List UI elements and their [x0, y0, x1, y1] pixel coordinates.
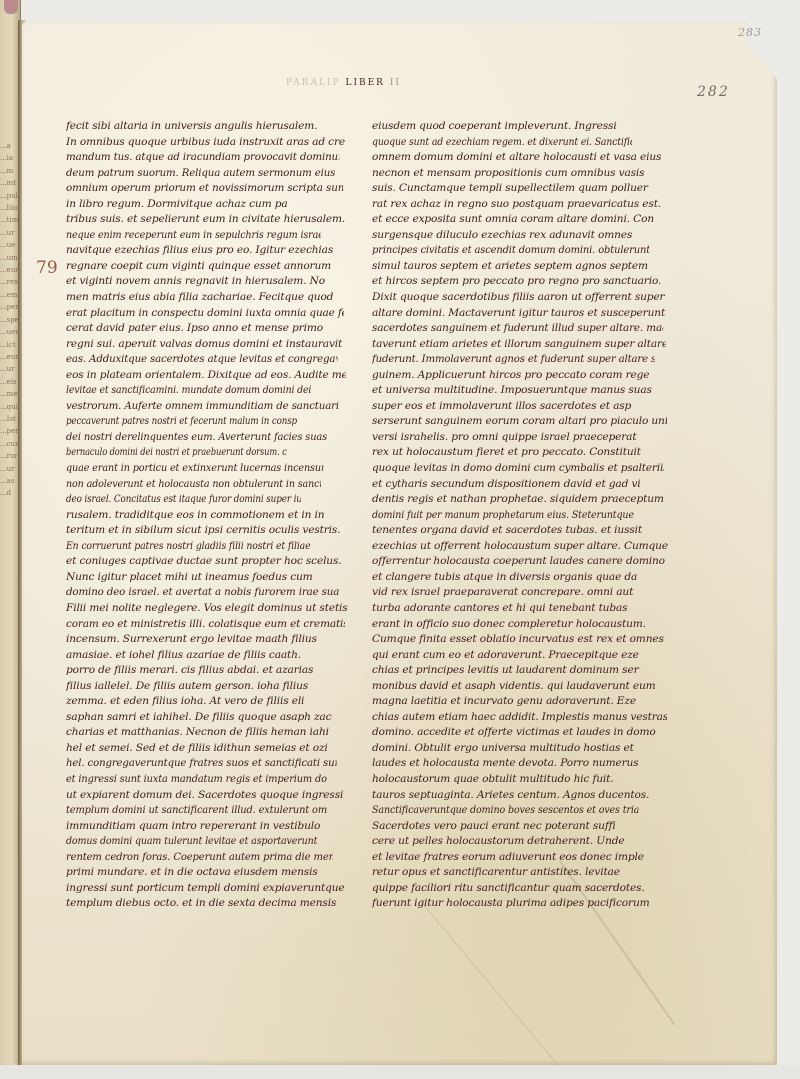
facing-page-fragment: ...ur [0, 463, 18, 475]
text-line: guinem. Applicuerunt hircos pro peccato … [372, 368, 668, 384]
text-line: magna laetitia et incurvato genu adorave… [372, 694, 668, 710]
facing-page-fragment: ...els [0, 376, 18, 388]
text-line: rentem cedron foras. Coeperunt autem pri… [66, 850, 333, 866]
facing-page-fragment: ...as [0, 475, 18, 487]
text-line: super eos et immolaverunt illos sacerdot… [372, 399, 668, 415]
text-line: laudes et holocausta mente devota. Porro… [372, 756, 668, 772]
text-line: vestrorum. Auferte omnem immunditiam de … [66, 399, 338, 415]
facing-page-fragment: ...cur [0, 438, 18, 450]
text-line: mandum tus. atque ad iracundiam provocav… [66, 150, 339, 166]
text-line: Filii mei nolite neglegere. Vos elegit d… [66, 601, 348, 617]
text-line: erant in officio suo donec compleretur h… [372, 617, 668, 633]
text-line: qui erant cum eo et adoraverunt. Praecep… [372, 648, 668, 664]
running-head-title: LIBER [345, 78, 385, 88]
text-line: surgensque diluculo ezechias rex adunavi… [372, 228, 668, 244]
text-line: et universa multitudine. Imposueruntque … [372, 383, 668, 399]
text-line: eos in plateam orientalem. Dixitque ad e… [66, 368, 346, 384]
text-line: versi israhelis. pro omni quippe israel … [372, 430, 668, 446]
text-column-right: eiusdem quod coeperant impleverunt. Ingr… [372, 119, 668, 912]
text-line: serserunt sanguinem eorum coram altari p… [372, 414, 667, 430]
facing-page-fragment: ...ict [0, 339, 18, 351]
text-line: zemma. et eden filius ioha. At vero de f… [66, 694, 348, 710]
text-line: saphan samri et iahihel. De filiis quoqu… [66, 710, 348, 726]
text-line: bernaculo domini dei nostri et praebueru… [66, 445, 287, 461]
text-line: immunditiam quam intro repererant in ves… [66, 819, 348, 835]
text-line: neque enim receperunt eum in sepulchris … [66, 228, 321, 244]
text-line: tribus suis. et sepelierunt eum in civit… [66, 212, 348, 228]
facing-page-fragment: ...m [0, 165, 18, 177]
text-line: amasiae. et iohel filius azariae de fili… [66, 648, 348, 664]
facing-page-fragment: ...mt [0, 177, 18, 189]
text-line: dentis regis et nathan prophetae. siquid… [372, 492, 668, 508]
facing-page-fragment: ...d [0, 487, 18, 499]
text-line: In omnibus quoque urbibus iuda instruxit… [66, 135, 348, 151]
text-line: et ecce exposita sunt omnia coram altare… [372, 212, 668, 228]
text-line: et ingressi sunt iuxta mandatum regis et… [66, 772, 327, 788]
text-line: et coniuges captivae ductae sunt propter… [66, 554, 348, 570]
text-line: regnare coepit cum viginti quinque esset… [66, 259, 348, 275]
text-line: sacerdotes sanguinem et fuderunt illud s… [372, 321, 663, 337]
text-line: domus domini quam tulerunt levitae et as… [66, 834, 318, 850]
facing-page-fragment: ...ur [0, 363, 18, 375]
facing-page-fragment: ...qui [0, 401, 18, 413]
text-line: hel. congregaveruntque fratres suos et s… [66, 756, 336, 772]
text-line: offerrentur holocausta coeperunt laudes … [372, 554, 668, 570]
text-line: rex ut holocaustum fieret et pro peccato… [372, 445, 668, 461]
text-line: Sanctificaveruntque domino boves sescent… [372, 803, 638, 819]
text-line: primi mundare. et in die octava eiusdem … [66, 865, 348, 881]
text-line: rat rex achaz in regno suo postquam prae… [372, 197, 668, 213]
text-line: monibus david et asaph videntis. qui lau… [372, 679, 668, 695]
text-line: ezechias ut offerrent holocaustum super … [372, 539, 668, 555]
text-line: eiusdem quod coeperant impleverunt. Ingr… [372, 119, 668, 135]
text-line: et clangere tubis atque in diversis orga… [372, 570, 668, 586]
text-line: men matris eius abia filia zachariae. Fe… [66, 290, 348, 306]
binding-corner [4, 0, 18, 14]
text-line: porro de filiis merari. cis filius abdai… [66, 663, 348, 679]
facing-page-fragment: ...ia [0, 152, 18, 164]
text-line: coram eo et ministretis illi. colatisque… [66, 617, 345, 633]
text-line: principes civitatis et ascendit domum do… [372, 243, 649, 259]
background-strip [0, 1065, 800, 1079]
text-line: suis. Cunctamque templi supellectilem qu… [372, 181, 668, 197]
facing-page-fragment: ...pulc [0, 190, 18, 202]
text-line: deum patrum suorum. Reliqua autem sermon… [66, 166, 337, 182]
text-line: non adoleverunt et holocausta non obtule… [66, 477, 321, 493]
text-line: vid rex israel praeparaverat concrepare.… [372, 585, 668, 601]
text-line: fuerunt igitur holocausta plurima adipes… [372, 896, 668, 912]
text-line: filius iallelel. De filiis autem gerson.… [66, 679, 348, 695]
text-line: peccaverunt patres nostri et fecerunt ma… [66, 414, 297, 430]
text-line: chias autem etiam haec addidit. Implesti… [372, 710, 667, 726]
text-line: quoque sunt ad ezechiam regem. et dixeru… [372, 135, 632, 151]
text-line: En corruerunt patres nostri gladiis fili… [66, 539, 314, 555]
text-line: quae erant in porticu et extinxerunt luc… [66, 461, 323, 477]
text-line: simul tauros septem et arietes septem ag… [372, 259, 668, 275]
text-line: omnem domum domini et altare holocausti … [372, 150, 668, 166]
facing-page-fragment: ...mera [0, 388, 18, 400]
text-line: regni sui. aperuit valvas domus domini e… [66, 337, 348, 353]
text-line: domini fuit per manum prophetarum eius. … [372, 508, 637, 524]
facing-page-fragment: ...emen [0, 289, 18, 301]
text-line: templum diebus octo. et in die sexta dec… [66, 896, 348, 912]
facing-page-fragment: ...ur [0, 227, 18, 239]
text-line: eas. Adduxitque sacerdotes atque levitas… [66, 352, 337, 368]
text-line: holocaustorum quae obtulit multitudo hic… [372, 772, 668, 788]
text-line: cere ut pelles holocaustorum detraherent… [372, 834, 668, 850]
text-line: et hircos septem pro peccato pro regno p… [372, 274, 668, 290]
text-line: tenentes organa david et sacerdotes tuba… [372, 523, 668, 539]
facing-page-fragment: ...sper [0, 314, 18, 326]
facing-page-fragment: ...um [0, 252, 18, 264]
text-line: et viginti novem annis regnavit in hieru… [66, 274, 348, 290]
text-line: altare domini. Mactaverunt igitur tauros… [372, 306, 668, 322]
text-line: domino. accedite et offerte victimas et … [372, 725, 668, 741]
facing-page-fragment: ...tim [0, 214, 18, 226]
facing-page-fragment: ...rex [0, 276, 18, 288]
facing-page-fragment: ...uerp [0, 326, 18, 338]
text-line: erat placitum in conspectu domini iuxta … [66, 306, 344, 322]
text-line: Sacerdotes vero pauci erant nec poterant… [372, 819, 668, 835]
text-line: tauros septuaginta. Arietes centum. Agno… [372, 788, 668, 804]
facing-page-fragment: ...eur [0, 264, 18, 276]
text-line: levitae et sanctificamini. mundate domum… [66, 383, 315, 399]
facing-page-fragment: ...Ist [0, 413, 18, 425]
running-head: PARALIP LIBER II [286, 78, 401, 88]
text-line: Cumque finita esset oblatio incurvatus e… [372, 632, 668, 648]
facing-page-fragment: ...ue [0, 239, 18, 251]
text-line: templum domini ut sanctificarent illud. … [66, 803, 328, 819]
pencil-folio-number: 283 [738, 26, 762, 39]
text-line: deo israel. Concitatus est itaque furor … [66, 492, 301, 508]
text-line: quippe faciliori ritu sanctificantur qua… [372, 881, 668, 897]
text-line: hel et semei. Sed et de filiis idithun s… [66, 741, 348, 757]
running-head-faded-prefix: PARALIP [286, 78, 341, 88]
text-line: et cytharis secundum dispositionem david… [372, 477, 668, 493]
running-head-numeral: II [390, 78, 401, 88]
text-line: navitque ezechias filius eius pro eo. Ig… [66, 243, 348, 259]
text-line: fecit sibi altaria in universis angulis … [66, 119, 348, 135]
text-line: Nunc igitur placet mihi ut ineamus foedu… [66, 570, 348, 586]
text-line: Dixit quoque sacerdotibus filiis aaron u… [372, 290, 668, 306]
text-line: incensum. Surrexerunt ergo levitae maath… [66, 632, 348, 648]
marginal-chapter-number: 79 [36, 258, 58, 278]
text-line: et levitae fratres eorum adiuverunt eos … [372, 850, 668, 866]
text-line: in libro regum. Dormivitque achaz cum pa [66, 197, 348, 213]
text-line: domino deo israel. et avertat a nobis fu… [66, 585, 339, 601]
text-line: dei nostri derelinquentes eum. Averterun… [66, 430, 328, 446]
text-line: taverunt etiam arietes et illorum sangui… [372, 337, 666, 353]
text-line: chias et principes levitis ut laudarent … [372, 663, 668, 679]
text-line: cerat david pater eius. Ipso anno et men… [66, 321, 348, 337]
text-line: domini. Obtulit ergo universa multitudo … [372, 741, 668, 757]
text-line: charias et matthanias. Necnon de filiis … [66, 725, 348, 741]
text-line: retur opus et sanctificarentur antistite… [372, 865, 668, 881]
text-line: fuderunt. Immolaverunt agnos et fuderunt… [372, 352, 655, 368]
folio-number: 282 [697, 84, 730, 100]
facing-page-fragment: ...llio [0, 202, 18, 214]
facing-page-fragment: ...per [0, 301, 18, 313]
facing-page-fragment: ...per [0, 425, 18, 437]
text-line: necnon et mensam propositionis cum omnib… [372, 166, 668, 182]
facing-page-text-fragments: ...a...ia...m...mt...pulc...llio...tim..… [0, 140, 18, 500]
text-line: rusalem. tradiditque eos in commotionem … [66, 508, 348, 524]
text-column-left: fecit sibi altaria in universis angulis … [66, 119, 348, 912]
facing-page-fragment: ...eur [0, 351, 18, 363]
text-line: omnium operum priorum et novissimorum sc… [66, 181, 343, 197]
text-line: ut expiarent domum dei. Sacerdotes quoqu… [66, 788, 348, 804]
text-line: turba adorante cantores et hi qui teneba… [372, 601, 668, 617]
text-line: quoque levitas in domo domini cum cymbal… [372, 461, 664, 477]
facing-page-fragment: ...rur [0, 450, 18, 462]
facing-page-fragment: ...a [0, 140, 18, 152]
text-line: ingressi sunt porticum templi domini exp… [66, 881, 348, 897]
text-line: teritum et in sibilum sicut ipsi cerniti… [66, 523, 348, 539]
